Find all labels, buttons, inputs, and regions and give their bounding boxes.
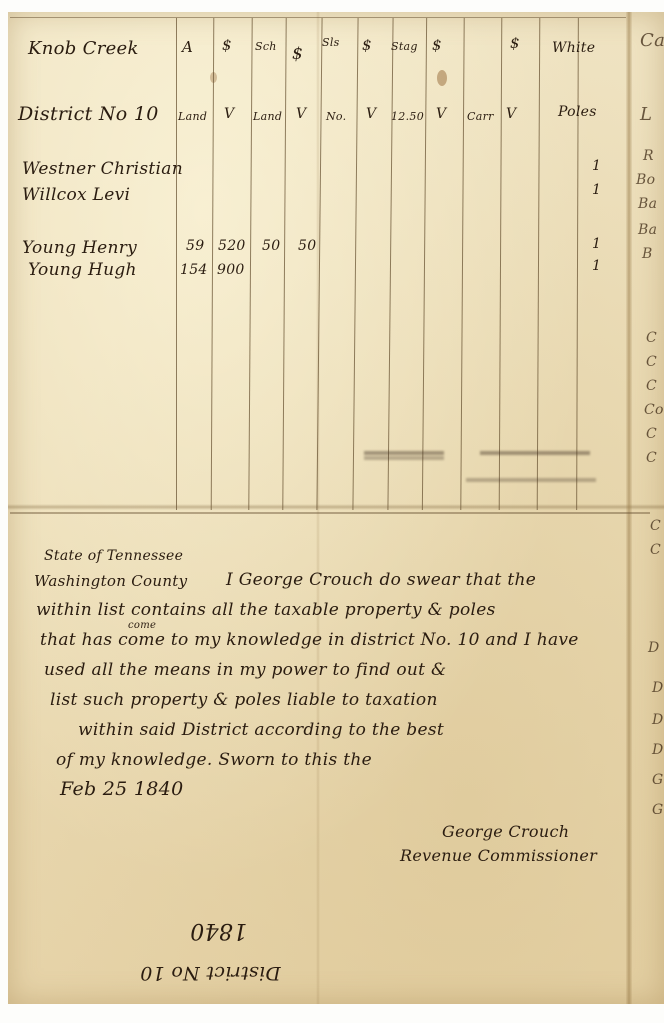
column-header-top: A [182,38,193,56]
table-row-sch-value: 50 [298,238,316,254]
column-header-top: Sch [255,40,277,53]
oath-line: of my knowledge. Sworn to this the [56,750,372,770]
margin-fragment: C [650,542,661,558]
column-header-bottom: Poles [558,104,597,120]
table-row-land-value: 520 [218,238,246,254]
oath-venue-county: Washington County [34,572,187,590]
margin-fragment: B [642,246,653,262]
table-row-land: 59 [186,238,204,254]
table-row-name: Willcox Levi [22,185,130,205]
table-row-white-poles: 1 [592,236,601,252]
column-header-top: Stag [391,40,418,53]
column-header-top: $ [292,44,303,64]
table-row-white-poles: 1 [592,258,601,274]
column-header-top: White [552,40,595,56]
oath-line: list such property & poles liable to tax… [50,690,438,710]
ink-smudge [364,456,444,460]
column-header-top: $ [432,36,442,54]
oath-venue-state: State of Tennessee [44,548,183,564]
table-row-name: Westner Christian [22,159,183,179]
margin-fragment: D [652,680,664,696]
column-header-bottom: V [506,106,516,122]
table-row-sch-land: 50 [262,238,280,254]
docket-label: District No 10 [140,962,281,984]
table-bottom-rule [10,512,650,514]
signature-name: George Crouch [442,822,569,841]
table-row-white-poles: 1 [592,158,601,174]
ink-smudge [466,478,596,482]
ink-stain [437,70,447,86]
margin-fragment: Bo [636,172,655,188]
margin-fragment: C [646,330,657,346]
margin-fragment: Ba [638,222,657,238]
margin-fragment: Ba [638,196,657,212]
column-header-bottom: V [436,106,446,122]
oath-date: Feb 25 1840 [60,778,183,800]
margin-fragment: L [640,104,652,125]
column-rule [176,18,177,510]
column-header-top: $ [510,34,520,52]
oath-line: I George Crouch do swear that the [226,570,536,590]
margin-fragment: G [652,772,663,788]
column-header-bottom: 12.50 [391,110,424,123]
oath-line: that has come to my knowledge in distric… [40,630,579,650]
margin-fragment: C [646,378,657,394]
margin-fragment: D [652,742,664,758]
column-header-top: $ [362,36,372,54]
column-header-bottom: Land [253,110,282,123]
table-row-land: 154 [180,262,208,278]
margin-fragment: C [646,354,657,370]
horizontal-fold-line [8,504,664,510]
table-row-white-poles: 1 [592,182,601,198]
location-heading: Knob Creek [28,38,139,59]
column-header-bottom: V [366,106,376,122]
column-header-bottom: V [224,106,234,122]
ink-smudge [364,451,444,455]
margin-fragment: D [648,640,660,656]
ink-smudge [480,451,590,455]
oath-line: within list contains all the taxable pro… [36,600,496,620]
column-header-top: Sls [322,36,340,49]
signature-title: Revenue Commissioner [400,846,597,865]
margin-fragment: Co [644,402,664,418]
table-row-name: Young Henry [22,238,137,258]
margin-fragment: G [652,802,663,818]
oath-line: used all the means in my power to find o… [44,660,446,680]
margin-fragment: C [650,518,661,534]
docket-year: 1840 [190,918,247,943]
table-top-rule [10,17,626,18]
margin-fragment: C [646,450,657,466]
margin-fragment: R [643,148,654,164]
column-header-top: $ [222,36,232,54]
district-heading: District No 10 [18,103,159,125]
column-header-bottom: V [296,106,306,122]
column-header-bottom: Carr [467,110,494,123]
page-edge [626,12,632,1004]
table-row-land-value: 900 [217,262,245,278]
column-header-bottom: Land [178,110,207,123]
margin-fragment: C [646,426,657,442]
margin-fragment: D [652,712,664,728]
margin-fragment: Ca [640,30,664,51]
oath-line: within said District according to the be… [78,720,444,740]
column-header-bottom: No. [326,110,346,123]
table-row-name: Young Hugh [28,260,137,280]
